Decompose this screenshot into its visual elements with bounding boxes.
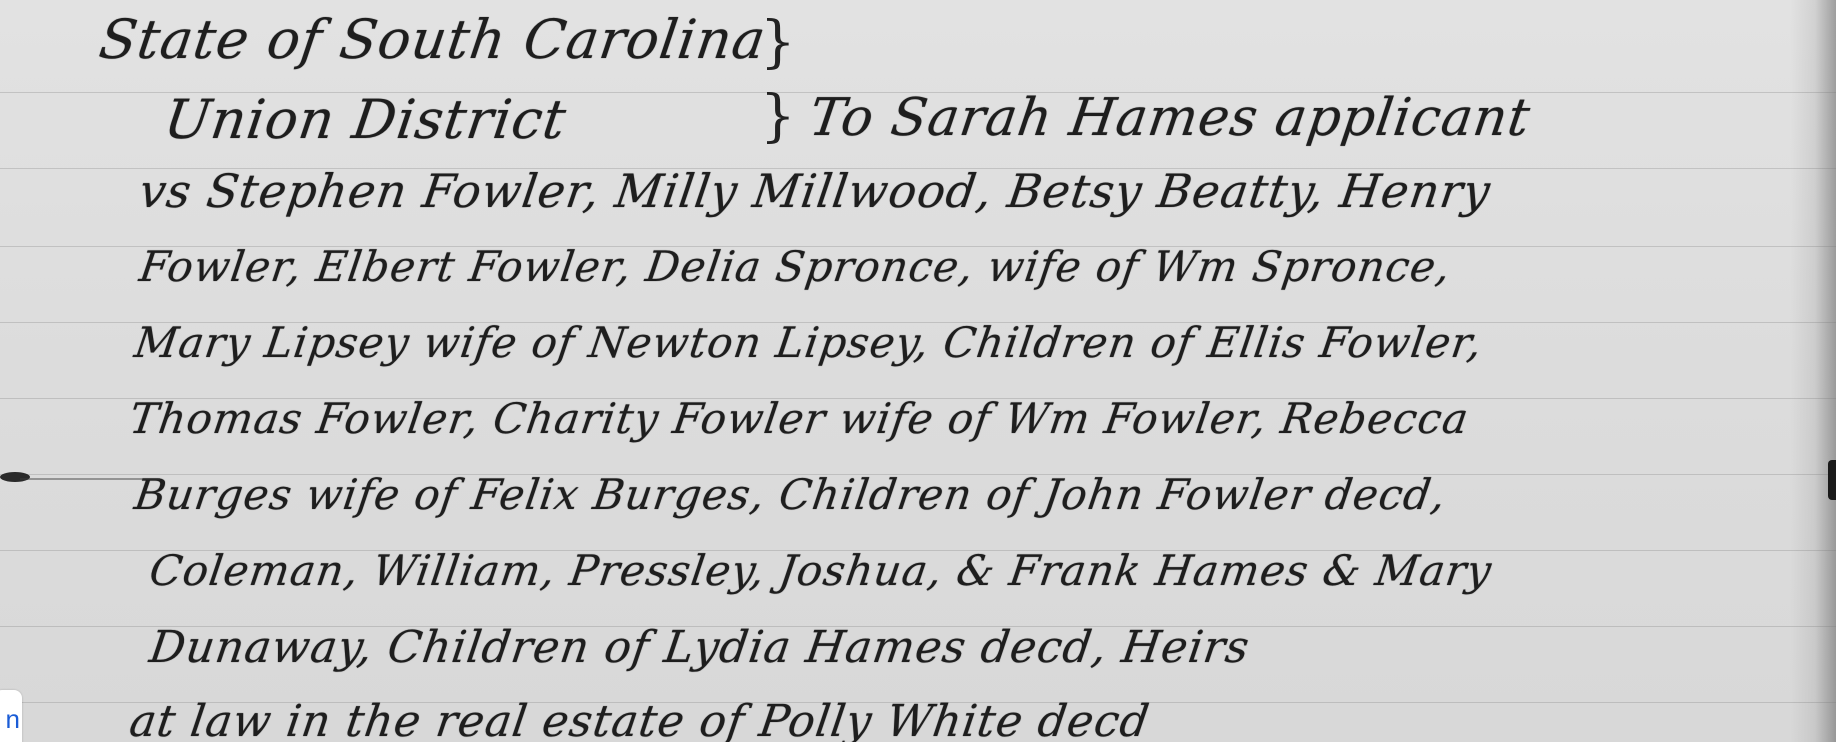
text-line: Burges wife of Felix Burges, Children of… [132, 470, 1450, 519]
text-line: Mary Lipsey wife of Newton Lipsey, Child… [132, 318, 1486, 367]
brace-symbol: } [760, 10, 796, 75]
text-line: Dunaway, Children of Lydia Hames decd, H… [146, 622, 1252, 673]
brace-symbol: } [760, 84, 796, 149]
heading-district: Union District [161, 88, 571, 151]
text-line: Coleman, William, Pressley, Joshua, & Fr… [147, 546, 1496, 595]
text-line: To Sarah Hames applicant [806, 88, 1534, 148]
text-line: Fowler, Elbert Fowler, Delia Spronce, wi… [137, 242, 1454, 291]
margin-ink-mark [0, 472, 30, 482]
heading-state: State of South Carolina [96, 8, 771, 71]
text-line: at law in the real estate of Polly White… [126, 696, 1152, 742]
text-line: Thomas Fowler, Charity Fowler wife of Wm… [127, 394, 1473, 443]
corner-overlay-button[interactable]: n [0, 690, 22, 742]
binding-shadow [1828, 460, 1836, 500]
margin-line [20, 478, 160, 480]
document-scan: State of South Carolina } Union District… [0, 0, 1836, 742]
text-line: vs Stephen Fowler, Milly Millwood, Betsy… [136, 164, 1494, 218]
